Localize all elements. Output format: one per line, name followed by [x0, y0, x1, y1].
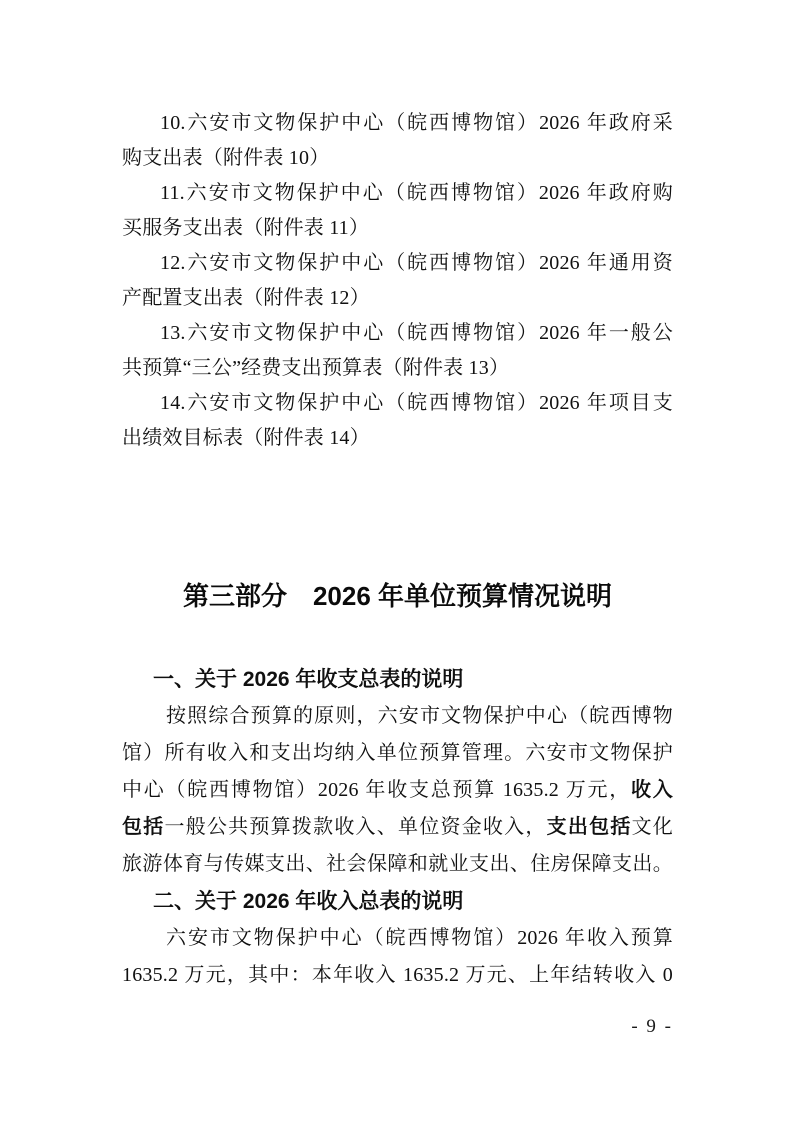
bold-text-segment: 二、关于 2026 年收入总表的说明: [153, 890, 463, 913]
attachment-list-line: 14.六安市文物保护中心（皖西博物馆）2026 年项目支: [122, 386, 673, 421]
document-page: 10.六安市文物保护中心（皖西博物馆）2026 年政府采购支出表（附件表 10）…: [0, 0, 793, 1122]
text-segment: 一般公共预算拨款收入、单位资金收入，: [164, 816, 546, 838]
text-segment: 中心（皖西博物馆）2026 年收支总预算 1635.2 万元，: [122, 779, 631, 801]
bold-text-segment: 收入: [631, 779, 673, 801]
attachment-list-line: 共预算“三公”经费支出预算表（附件表 13）: [122, 351, 673, 386]
text-segment: 六安市文物保护中心（皖西博物馆）2026 年收入预算: [166, 927, 673, 949]
paragraph-line: 中心（皖西博物馆）2026 年收支总预算 1635.2 万元，收入: [122, 772, 673, 809]
paragraph-line: 馆）所有收入和支出均纳入单位预算管理。六安市文物保护: [122, 735, 673, 772]
text-segment: 按照综合预算的原则，六安市文物保护中心（皖西博物: [166, 705, 673, 727]
attachment-list-line: 10.六安市文物保护中心（皖西博物馆）2026 年政府采: [122, 106, 673, 141]
text-segment: 文化: [632, 816, 673, 838]
text-segment: 1635.2 万元，其中：本年收入 1635.2 万元、上年结转收入 0: [122, 964, 673, 986]
attachment-list: 10.六安市文物保护中心（皖西博物馆）2026 年政府采购支出表（附件表 10）…: [122, 106, 673, 456]
attachment-list-line: 12.六安市文物保护中心（皖西博物馆）2026 年通用资: [122, 246, 673, 281]
text-segment: 旅游体育与传媒支出、社会保障和就业支出、住房保障支出。: [122, 853, 673, 875]
attachment-list-line: 买服务支出表（附件表 11）: [122, 211, 673, 246]
text-segment: 馆）所有收入和支出均纳入单位预算管理。六安市文物保护: [122, 742, 673, 764]
paragraph-line: 六安市文物保护中心（皖西博物馆）2026 年收入预算: [122, 920, 673, 957]
bold-text-segment: 支出包括: [547, 816, 632, 838]
attachment-list-line: 产配置支出表（附件表 12）: [122, 281, 673, 316]
paragraph-line: 旅游体育与传媒支出、社会保障和就业支出、住房保障支出。: [122, 846, 673, 883]
attachment-list-line: 购支出表（附件表 10）: [122, 141, 673, 176]
paragraph-line: 按照综合预算的原则，六安市文物保护中心（皖西博物: [122, 698, 673, 735]
paragraph-line: 包括一般公共预算拨款收入、单位资金收入，支出包括文化: [122, 809, 673, 846]
subsection-heading: 二、关于 2026 年收入总表的说明: [122, 883, 673, 920]
subsection-heading: 一、关于 2026 年收支总表的说明: [122, 661, 673, 698]
body-section: 一、关于 2026 年收支总表的说明按照综合预算的原则，六安市文物保护中心（皖西…: [122, 661, 673, 994]
bold-text-segment: 一、关于 2026 年收支总表的说明: [153, 668, 463, 691]
bold-text-segment: 包括: [122, 816, 164, 838]
attachment-list-line: 13.六安市文物保护中心（皖西博物馆）2026 年一般公: [122, 316, 673, 351]
page-number: - 9 -: [631, 1016, 673, 1038]
paragraph-line: 1635.2 万元，其中：本年收入 1635.2 万元、上年结转收入 0: [122, 957, 673, 994]
section-heading: 第三部分 2026 年单位预算情况说明: [122, 578, 673, 614]
attachment-list-line: 出绩效目标表（附件表 14）: [122, 421, 673, 456]
attachment-list-line: 11.六安市文物保护中心（皖西博物馆）2026 年政府购: [122, 176, 673, 211]
